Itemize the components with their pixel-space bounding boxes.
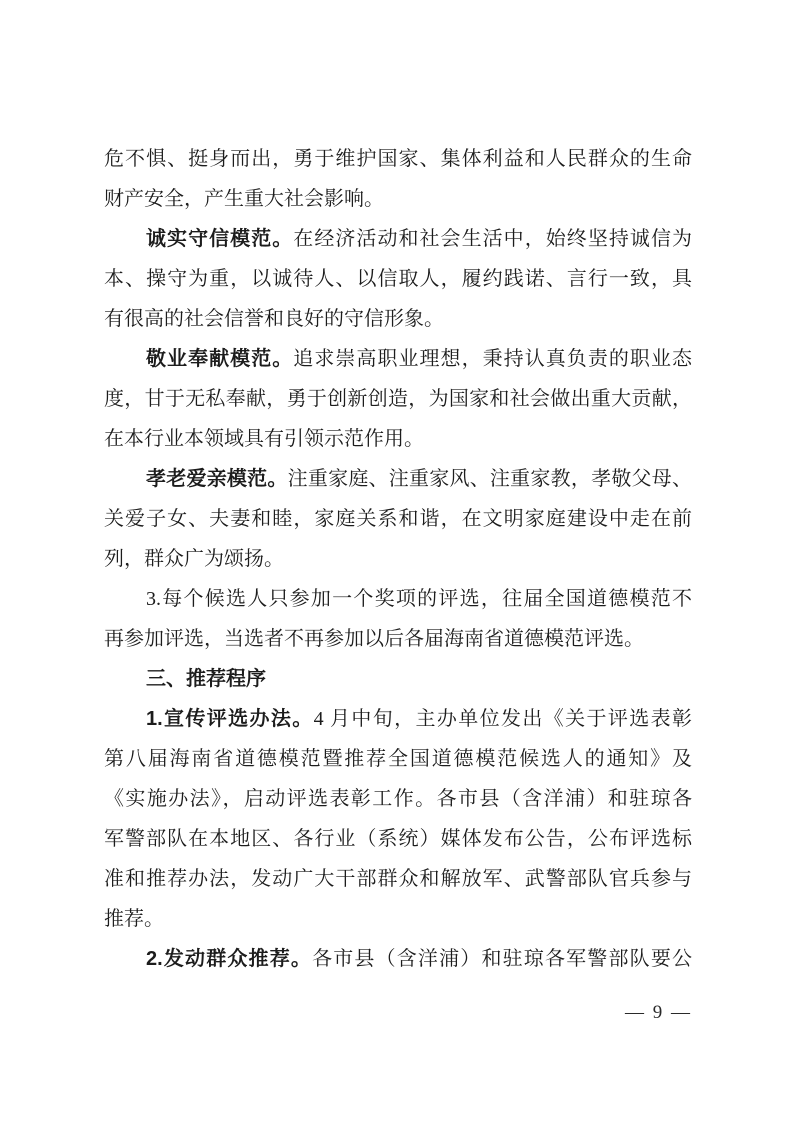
- document-page: 危不惧、挺身而出，勇于维护国家、集体利益和人民群众的生命 财产安全，产生重大社会…: [0, 0, 793, 1122]
- text-line: 军警部队在本地区、各行业（系统）媒体发布公告，公布评选标: [104, 819, 692, 859]
- line-text: 3.每个候选人只参加一个奖项的评选，往届全国道德模范不: [146, 588, 692, 610]
- text-line: 孝老爱亲模范。注重家庭、注重家风、注重家教，孝敬父母、: [104, 459, 692, 499]
- line-text: 追求崇高职业理想，秉持认真负责的职业态: [293, 348, 692, 370]
- line-lead-bold: 三、推荐程序: [146, 668, 266, 690]
- line-text: 度，甘于无私奉献，勇于创新创造，为国家和社会做出重大贡献，: [104, 388, 692, 410]
- text-line: 第八届海南省道德模范暨推荐全国道德模范候选人的通知》及: [104, 739, 692, 779]
- text-line: 列，群众广为颂扬。: [104, 539, 692, 579]
- line-text: 准和推荐办法，发动广大干部群众和解放军、武警部队官兵参与: [104, 868, 692, 890]
- line-text: 再参加评选，当选者不再参加以后各届海南省道德模范评选。: [104, 628, 644, 650]
- line-text: 有很高的社会信誉和良好的守信形象。: [104, 308, 444, 330]
- line-text: 关爱子女、夫妻和睦，家庭关系和谐，在文明家庭建设中走在前: [104, 508, 692, 530]
- line-text: 危不惧、挺身而出，勇于维护国家、集体利益和人民群众的生命: [104, 148, 692, 170]
- text-line: 关爱子女、夫妻和睦，家庭关系和谐，在文明家庭建设中走在前: [104, 499, 692, 539]
- text-line: 有很高的社会信誉和良好的守信形象。: [104, 299, 692, 339]
- line-text: 各市县（含洋浦）和驻琼各军警部队要公: [312, 948, 692, 970]
- line-lead-bold: 敬业奉献模范。: [146, 348, 293, 370]
- text-line: 诚实守信模范。在经济活动和社会生活中，始终坚持诚信为: [104, 219, 692, 259]
- document-body: 危不惧、挺身而出，勇于维护国家、集体利益和人民群众的生命 财产安全，产生重大社会…: [104, 139, 692, 979]
- line-lead-bold: 1.宣传评选办法。: [146, 708, 314, 730]
- line-text: 在经济活动和社会生活中，始终坚持诚信为: [293, 228, 692, 250]
- line-text: 在本行业本领域具有引领示范作用。: [104, 428, 424, 450]
- text-line: 准和推荐办法，发动广大干部群众和解放军、武警部队官兵参与: [104, 859, 692, 899]
- text-line: 度，甘于无私奉献，勇于创新创造，为国家和社会做出重大贡献，: [104, 379, 692, 419]
- line-text: 推荐。: [104, 908, 164, 930]
- line-text: 军警部队在本地区、各行业（系统）媒体发布公告，公布评选标: [104, 828, 692, 850]
- text-line: 危不惧、挺身而出，勇于维护国家、集体利益和人民群众的生命: [104, 139, 692, 179]
- text-line: 三、推荐程序: [104, 659, 692, 699]
- line-text: 注重家庭、注重家风、注重家教，孝敬父母、: [288, 468, 692, 490]
- line-text: 列，群众广为颂扬。: [104, 548, 284, 570]
- line-text: 《实施办法》，启动评选表彰工作。各市县（含洋浦）和驻琼各: [104, 788, 692, 810]
- text-line: 敬业奉献模范。追求崇高职业理想，秉持认真负责的职业态: [104, 339, 692, 379]
- line-text: 4 月中旬，主办单位发出《关于评选表彰: [314, 708, 692, 730]
- line-lead-bold: 诚实守信模范。: [146, 228, 293, 250]
- text-line: 再参加评选，当选者不再参加以后各届海南省道德模范评选。: [104, 619, 692, 659]
- text-line: 在本行业本领域具有引领示范作用。: [104, 419, 692, 459]
- line-lead-bold: 孝老爱亲模范。: [146, 468, 288, 490]
- text-line: 《实施办法》，启动评选表彰工作。各市县（含洋浦）和驻琼各: [104, 779, 692, 819]
- text-line: 2.发动群众推荐。各市县（含洋浦）和驻琼各军警部队要公: [104, 939, 692, 979]
- text-line: 推荐。: [104, 899, 692, 939]
- line-text: 财产安全，产生重大社会影响。: [104, 188, 384, 210]
- line-text: 本、操守为重，以诚待人、以信取人，履约践诺、言行一致，具: [104, 268, 692, 290]
- text-line: 财产安全，产生重大社会影响。: [104, 179, 692, 219]
- text-line: 1.宣传评选办法。4 月中旬，主办单位发出《关于评选表彰: [104, 699, 692, 739]
- text-line: 本、操守为重，以诚待人、以信取人，履约践诺、言行一致，具: [104, 259, 692, 299]
- line-lead-bold: 2.发动群众推荐。: [146, 948, 312, 970]
- line-text: 第八届海南省道德模范暨推荐全国道德模范候选人的通知》及: [104, 748, 692, 770]
- text-line: 3.每个候选人只参加一个奖项的评选，往届全国道德模范不: [104, 579, 692, 619]
- page-number: — 9 —: [625, 1000, 692, 1026]
